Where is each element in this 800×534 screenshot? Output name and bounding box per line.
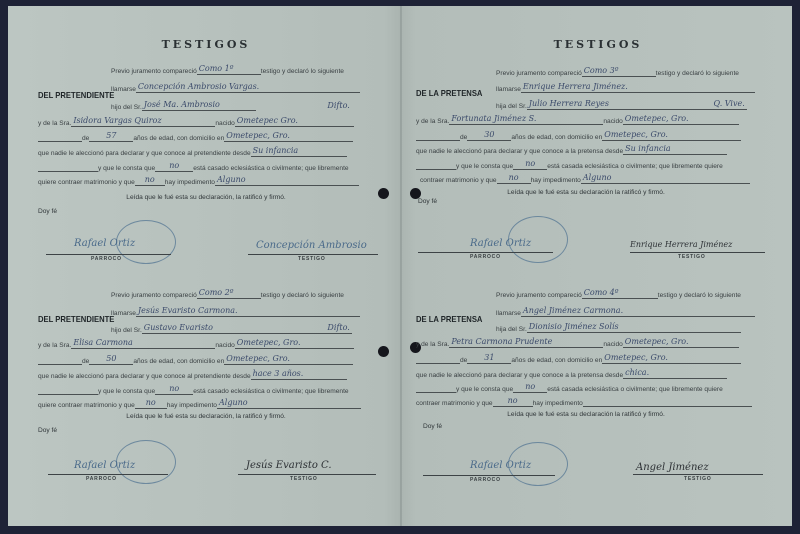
parroco-caption: PARROCO — [470, 477, 501, 483]
birthplace-field: Ometepec, Gro. — [623, 337, 739, 348]
side-label: DEL PRETENDIENTE — [38, 314, 114, 324]
age-field: 30 — [467, 130, 511, 141]
father-note: Difto. — [256, 101, 352, 111]
padre-line: hijo del Sr. José Ma. Ambrosio Difto. — [111, 100, 352, 111]
padre-line: hija del Sr. Julio Herrera Reyes Q. Vive… — [496, 99, 747, 110]
birthplace-field: Ometepec, Gro. — [235, 338, 354, 349]
birthplace-field: Ometepec, Gro. — [623, 114, 739, 125]
impediment-field: Alguno — [581, 173, 750, 184]
comparecio-line: Previo juramento compareció Como 2º test… — [111, 288, 344, 299]
domicile-field: Ometepec, Gro. — [224, 354, 353, 365]
testigo-signature: Jesús Evaristo C. — [246, 460, 332, 471]
conoce-line: que nadie le aleccionó para declarar y q… — [38, 146, 347, 157]
mother-field: Fortunata Jiménez S. — [449, 114, 603, 125]
parroco-signature: Rafael Ortiz — [74, 460, 135, 471]
name-field: Enrique Herrera Jiménez. — [521, 82, 755, 93]
impedimento-line: contraer matrimonio y que no hay impedim… — [416, 396, 752, 407]
consta-field: no — [513, 159, 547, 170]
doy-fe: Doy fé — [38, 208, 57, 215]
father-note: Difto. — [256, 323, 352, 334]
doy-fe: Doy fé — [423, 423, 442, 430]
father-field: Dionisio Jiménez Solís — [527, 322, 741, 333]
impediment-field: Alguno — [215, 175, 359, 186]
llamarse-line: llamarse Concepción Ambrosio Vargas. — [111, 82, 360, 93]
father-field: José Ma. Ambrosio — [142, 100, 256, 111]
consta-field: no — [513, 382, 547, 393]
ratification-text: Leída que le fué esta su declaración, la… — [16, 194, 396, 201]
known-since-field: Su infancia — [623, 144, 727, 155]
madre-line: y de la Sra. Isidora Vargas Quiroz nacid… — [38, 116, 354, 127]
doy-fe: Doy fé — [418, 198, 437, 205]
testigo-caption: TESTIGO — [684, 476, 712, 482]
page-fold — [400, 6, 402, 526]
name-field: Jesús Evaristo Carmona. — [136, 306, 360, 317]
consta-line: y que le consta que no está casado ecles… — [38, 384, 349, 395]
section-title: TESTIGOS — [408, 38, 788, 51]
section-title: TESTIGOS — [16, 38, 396, 51]
parroco-signature: Rafael Ortiz — [470, 460, 531, 471]
impedimento-line: contraer matrimonio y que no hay impedim… — [420, 173, 750, 184]
parroco-caption: PARROCO — [86, 476, 117, 482]
testigo-signature: Enrique Herrera Jiménez — [630, 240, 732, 249]
father-field: Julio Herrera Reyes — [527, 99, 651, 110]
impediment-field: Alguno — [217, 398, 361, 409]
llamarse-line: llamarse Enrique Herrera Jiménez. — [496, 82, 755, 93]
edad-line: de 50 años de edad, con domicilio en Ome… — [38, 354, 353, 365]
witness-section-2: TESTIGOS DE LA PRETENSA Previo juramento… — [408, 6, 788, 261]
madre-line: y de la Sra. Fortunata Jiménez S. nacido… — [416, 114, 739, 125]
comparecio-field: Como 4º — [582, 288, 658, 299]
side-label: DE LA PRETENSA — [416, 88, 482, 98]
conoce-line: que nadie le aleccionó para declarar y q… — [416, 368, 727, 379]
hay-field: no — [135, 175, 165, 186]
domicile-field: Ometepec, Gro. — [602, 353, 741, 364]
padre-line: hijo del Sr. Gustavo Evaristo Difto. — [111, 323, 352, 334]
side-label: DEL PRETENDIENTE — [38, 90, 114, 100]
ratification-text: Leída que le fué esta su declaración la … — [396, 411, 776, 418]
comparecio-field: Como 2º — [197, 288, 261, 299]
impedimento-line: quiere contraer matrimonio y que no hay … — [38, 398, 361, 409]
impediment-field — [583, 406, 752, 407]
known-since-field: chica. — [623, 368, 727, 379]
consta-line: y que le consta que no está casado ecles… — [38, 161, 349, 172]
parroco-signature: Rafael Ortiz — [470, 238, 531, 249]
name-field: Angel Jiménez Carmona. — [521, 306, 755, 317]
side-label: DE LA PRETENSA — [416, 314, 482, 324]
hay-field: no — [497, 173, 531, 184]
edad-line: de 31 años de edad, con domicilio en Ome… — [416, 353, 741, 364]
comparecio-field: Como 3º — [582, 66, 656, 77]
parroco-signature: Rafael Ortiz — [74, 238, 135, 249]
mother-field: Elisa Carmona — [71, 338, 215, 349]
padre-line: hija del Sr. Dionisio Jiménez Solís — [496, 322, 741, 333]
mother-field: Petra Carmona Prudente — [449, 337, 603, 348]
witness-section-4: DE LA PRETENSA Previo juramento comparec… — [408, 270, 788, 525]
impedimento-line: quiere contraer matrimonio y que no hay … — [38, 175, 359, 186]
consta-field: no — [155, 384, 193, 395]
comparecio-line: Previo juramento compareció Como 3º test… — [496, 66, 739, 77]
domicile-field: Ometepec, Gro. — [224, 131, 353, 142]
domicile-field: Ometepec, Gro. — [602, 130, 741, 141]
parroco-caption: PARROCO — [91, 256, 122, 262]
document-sheet: TESTIGOS DEL PRETENDIENTE Previo juramen… — [8, 6, 792, 526]
llamarse-line: llamarse Angel Jiménez Carmona. — [496, 306, 755, 317]
llamarse-line: llamarse Jesús Evaristo Carmona. — [111, 306, 360, 317]
conoce-line: que nadie le aleccionó para declarar y q… — [416, 144, 727, 155]
consta-line: y que le consta que no está casada ecles… — [416, 382, 723, 393]
age-field: 50 — [89, 354, 133, 365]
testigo-caption: TESTIGO — [290, 476, 318, 482]
mother-field: Isidora Vargas Quiroz — [71, 116, 215, 127]
testigo-signature: Angel Jiménez — [636, 462, 709, 473]
birthplace-field: Ometepec Gro. — [235, 116, 354, 127]
doy-fe: Doy fé — [38, 427, 57, 434]
known-since-field: Su infancia — [251, 146, 347, 157]
edad-line: de 30 años de edad, con domicilio en Ome… — [416, 130, 741, 141]
witness-section-1: TESTIGOS DEL PRETENDIENTE Previo juramen… — [16, 6, 396, 261]
name-field: Concepción Ambrosio Vargas. — [136, 82, 360, 93]
parroco-caption: PARROCO — [470, 254, 501, 260]
comparecio-line: Previo juramento compareció Como 1º test… — [111, 64, 344, 75]
comparecio-field: Como 1º — [197, 64, 261, 75]
conoce-line: que nadie le aleccionó para declarar y q… — [38, 369, 347, 380]
father-field: Gustavo Evaristo — [142, 323, 256, 334]
age-field: 57 — [89, 131, 133, 142]
witness-section-3: DEL PRETENDIENTE Previo juramento compar… — [16, 270, 396, 525]
testigo-caption: TESTIGO — [678, 254, 706, 260]
madre-line: y de la Sra. Elisa Carmona nacido Ometep… — [38, 338, 354, 349]
consta-field: no — [155, 161, 193, 172]
testigo-caption: TESTIGO — [298, 256, 326, 262]
father-note: Q. Vive. — [651, 99, 747, 110]
hay-field: no — [493, 396, 533, 407]
age-field: 31 — [467, 353, 511, 364]
ratification-text: Leída que le fué esta su declaración, la… — [16, 413, 396, 420]
testigo-signature: Concepción Ambrosio — [256, 240, 367, 251]
edad-line: de 57 años de edad, con domicilio en Ome… — [38, 131, 353, 142]
ratification-text: Leída que le fué esta su declaración la … — [396, 189, 776, 196]
hay-field: no — [135, 398, 167, 409]
comparecio-line: Previo juramento compareció Como 4º test… — [496, 288, 741, 299]
known-since-field: hace 3 años. — [251, 369, 347, 380]
consta-line: y que le consta que no está casada ecles… — [416, 159, 723, 170]
madre-line: y de la Sra. Petra Carmona Prudente naci… — [416, 337, 739, 348]
